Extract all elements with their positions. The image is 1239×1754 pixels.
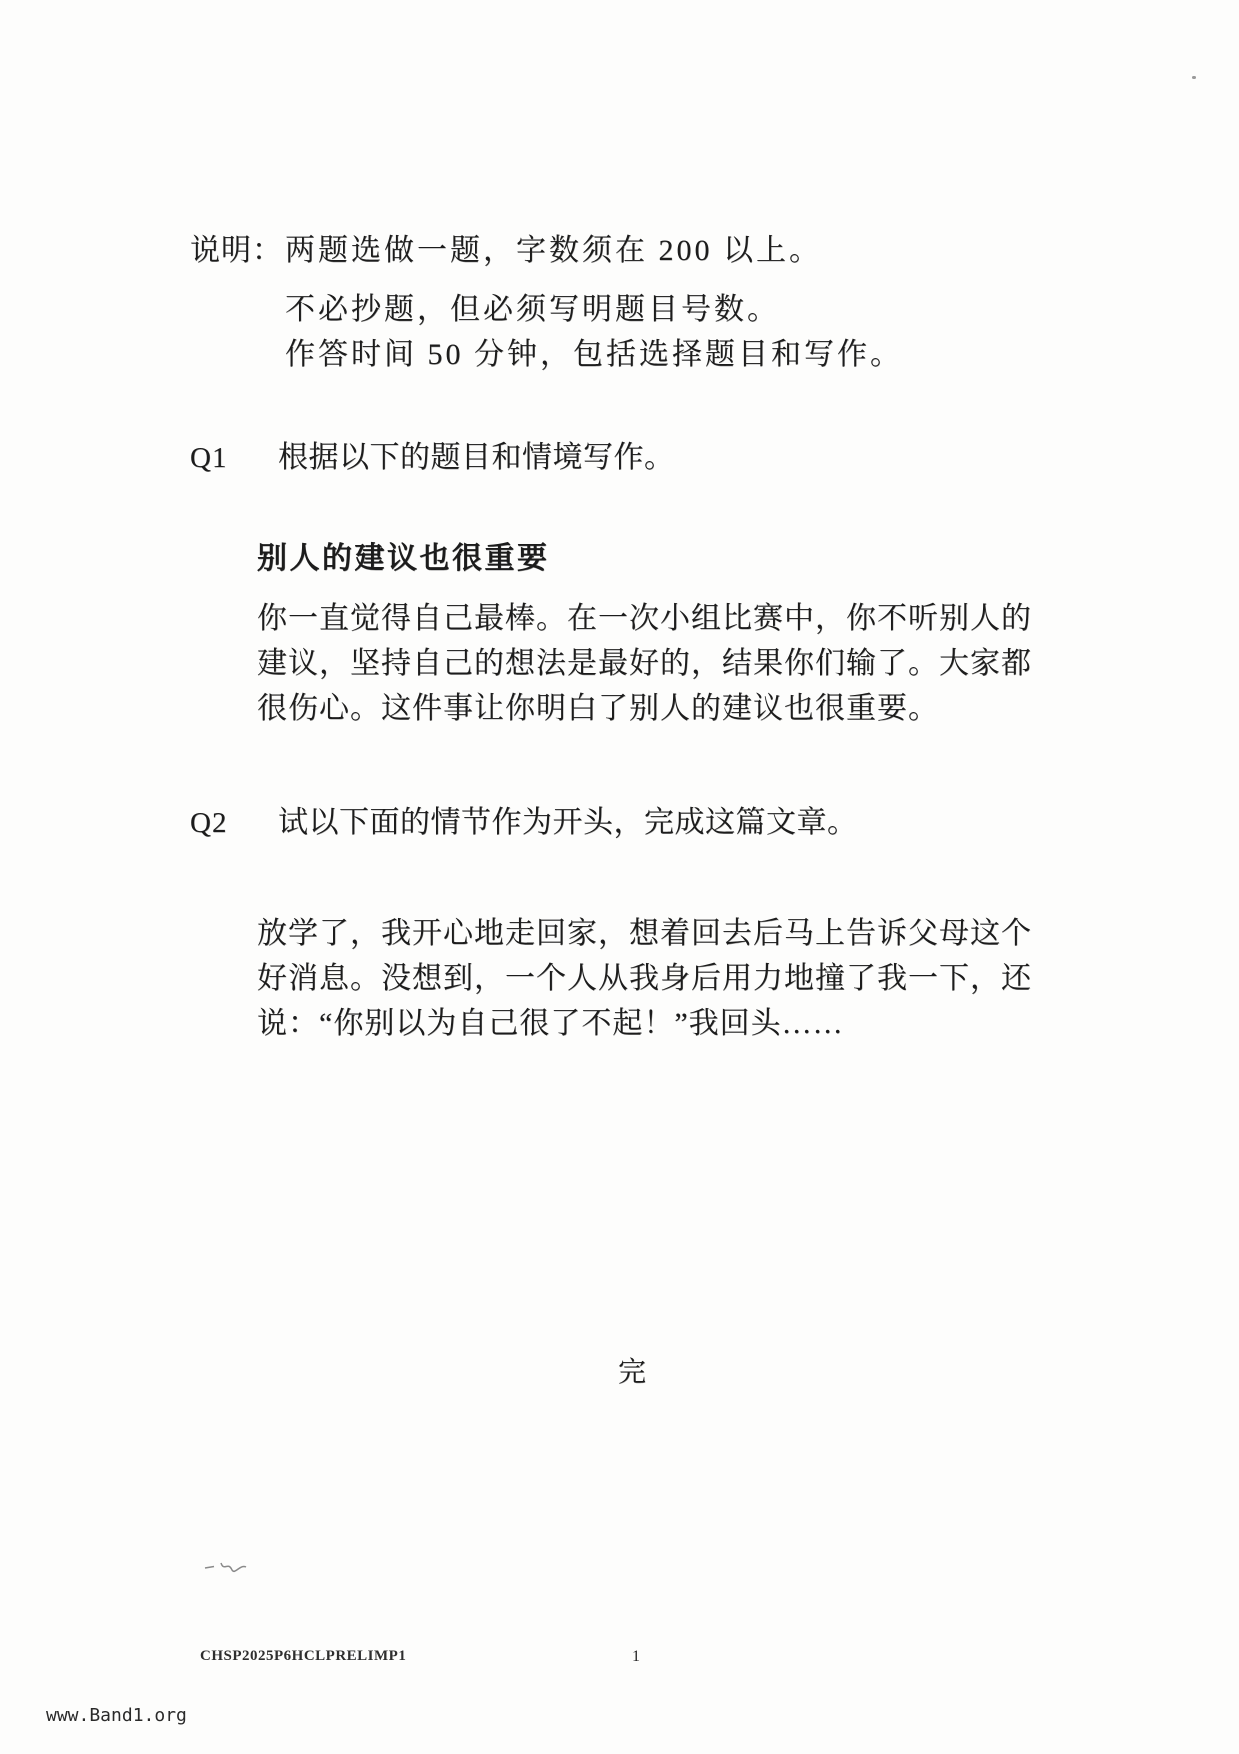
q1-number: Q1 <box>190 441 227 476</box>
q2-body-line-1: 放学了，我开心地走回家，想着回去后马上告诉父母这个 <box>257 916 1032 952</box>
scan-speck <box>1192 76 1196 79</box>
watermark-url: www.Band1.org <box>46 1705 187 1726</box>
q2-body-line-2: 好消息。没想到，一个人从我身后用力地撞了我一下，还 <box>257 961 1032 997</box>
q1-body-line-1: 你一直觉得自己最棒。在一次小组比赛中，你不听别人的 <box>257 601 1032 637</box>
page-number: 1 <box>632 1648 640 1666</box>
handwritten-mark <box>203 1558 249 1578</box>
exam-paper-page: 说明： 两题选做一题，字数须在 200 以上。 不必抄题，但必须写明题目号数。 … <box>0 0 1239 1754</box>
instruction-line-3: 作答时间 50 分钟，包括选择题目和写作。 <box>285 337 903 373</box>
instructions-label: 说明： <box>190 233 283 269</box>
paper-code: CHSP2025P6HCLPRELIMP1 <box>200 1648 406 1665</box>
q1-prompt: 根据以下的题目和情境写作。 <box>278 440 675 476</box>
instruction-line-1: 两题选做一题，字数须在 200 以上。 <box>285 233 822 269</box>
q1-body-line-2: 建议，坚持自己的想法是最好的，结果你们输了。大家都 <box>257 646 1032 682</box>
end-marker: 完 <box>618 1350 646 1390</box>
q2-body-line-3: 说：“你别以为自己很了不起！”我回头…… <box>257 1006 844 1042</box>
q2-number: Q2 <box>190 806 227 841</box>
q1-title: 别人的建议也很重要 <box>257 541 550 577</box>
instruction-line-2: 不必抄题，但必须写明题目号数。 <box>285 292 780 328</box>
q1-body-line-3: 很伤心。这件事让你明白了别人的建议也很重要。 <box>257 691 939 727</box>
q2-prompt: 试以下面的情节作为开头，完成这篇文章。 <box>278 805 858 841</box>
